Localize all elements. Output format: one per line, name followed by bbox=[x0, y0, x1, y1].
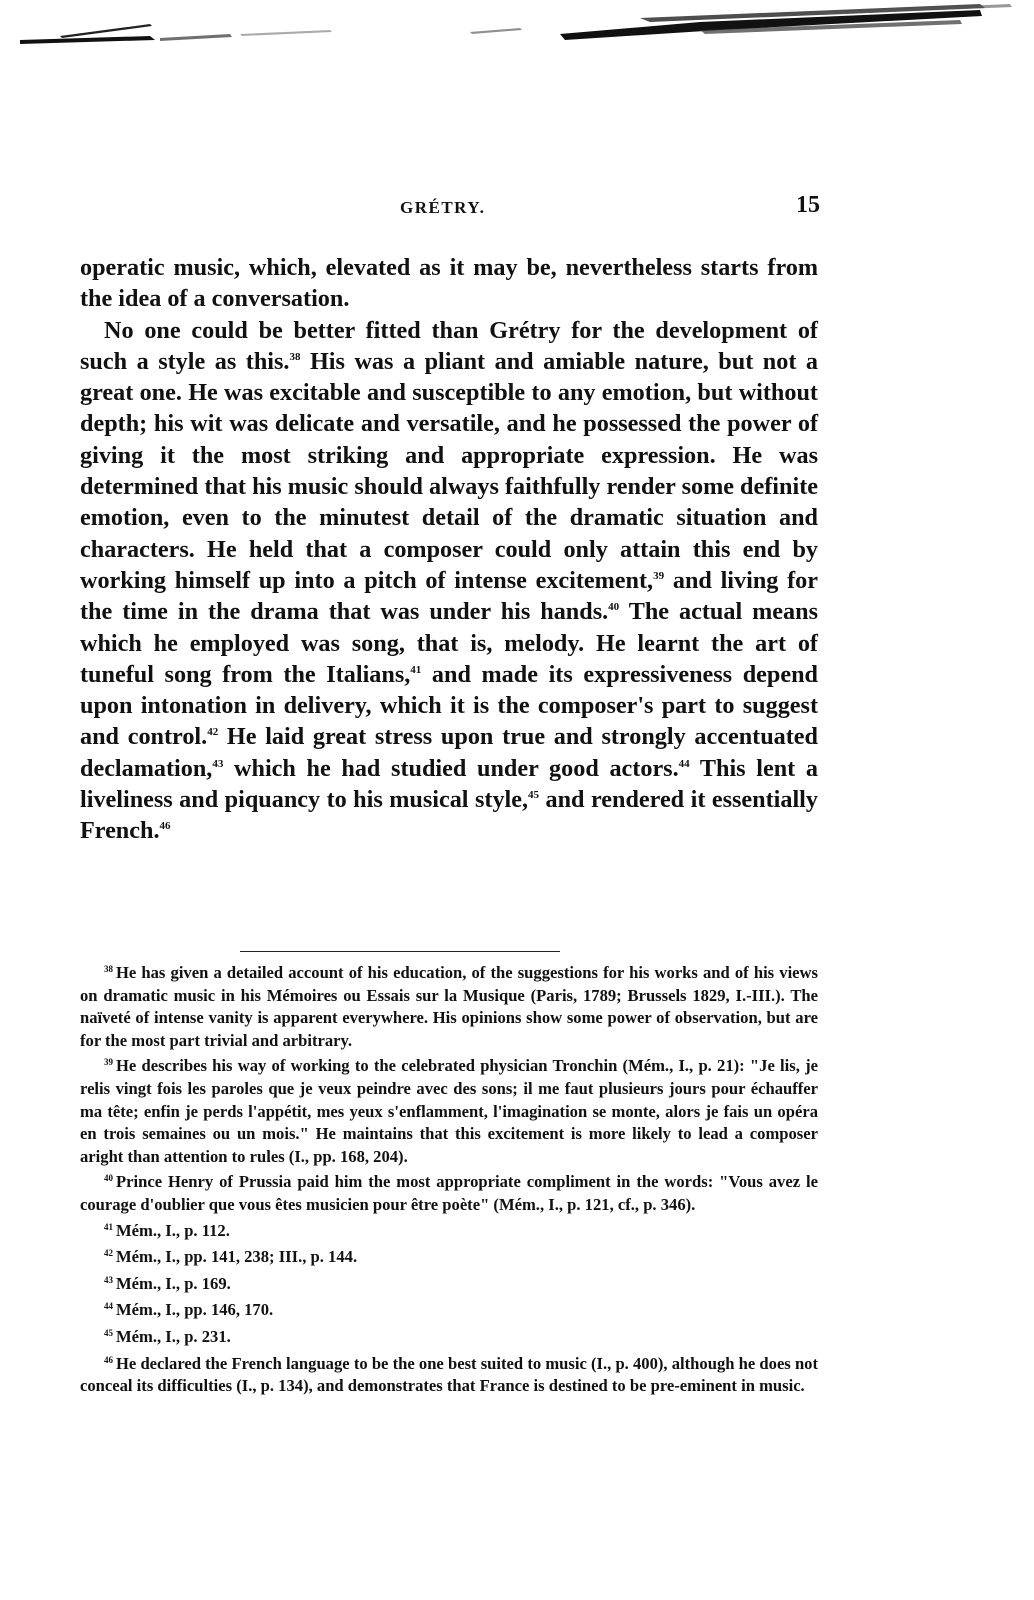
footnote-marker: 44 bbox=[104, 1301, 113, 1311]
footnote-text: Mém., I., p. 112. bbox=[116, 1221, 230, 1240]
footnote-marker: 38 bbox=[104, 964, 113, 974]
footnote-marker: 45 bbox=[104, 1328, 113, 1338]
footnote-39: 39He describes his way of working to the… bbox=[80, 1055, 818, 1168]
footnote-reference[interactable]: 43 bbox=[212, 758, 223, 770]
body-paragraph: No one could be better fitted than Grétr… bbox=[80, 315, 818, 847]
footnote-text: He describes his way of working to the c… bbox=[80, 1056, 818, 1165]
footnote-reference[interactable]: 46 bbox=[160, 820, 171, 832]
footnote-reference[interactable]: 40 bbox=[608, 601, 619, 613]
footnote-marker: 42 bbox=[104, 1248, 113, 1258]
body-text-run: which he had studied under good actors. bbox=[223, 755, 678, 782]
footnotes: 38He has given a detailed account of his… bbox=[80, 962, 818, 1401]
footnote-reference[interactable]: 39 bbox=[653, 570, 664, 582]
footnote-reference[interactable]: 42 bbox=[207, 726, 218, 738]
footnote-46: 46He declared the French language to be … bbox=[80, 1353, 818, 1398]
footnote-reference[interactable]: 44 bbox=[679, 758, 690, 770]
body-paragraph: operatic music, which, elevated as it ma… bbox=[80, 252, 818, 315]
footnote-marker: 46 bbox=[104, 1355, 113, 1365]
footnote-separator bbox=[240, 951, 560, 952]
footnote-reference[interactable]: 41 bbox=[410, 664, 421, 676]
running-head: GRÉTRY. 15 bbox=[80, 192, 820, 228]
body-text-run: His was a pliant and amiable nature, but… bbox=[80, 348, 818, 594]
footnote-text: Mém., I., pp. 146, 170. bbox=[116, 1300, 273, 1319]
footnote-reference[interactable]: 45 bbox=[528, 789, 539, 801]
footnote-marker: 43 bbox=[104, 1275, 113, 1285]
footnote-text: Mém., I., pp. 141, 238; III., p. 144. bbox=[116, 1247, 357, 1266]
scan-artifact bbox=[0, 0, 1034, 45]
footnote-marker: 41 bbox=[104, 1222, 113, 1232]
running-title: GRÉTRY. bbox=[400, 198, 485, 218]
footnote-38: 38He has given a detailed account of his… bbox=[80, 962, 818, 1052]
footnote-text: Mém., I., p. 231. bbox=[116, 1327, 231, 1346]
footnote-marker: 40 bbox=[104, 1173, 113, 1183]
footnote-text: He has given a detailed account of his e… bbox=[80, 963, 818, 1050]
footnote-text: Prince Henry of Prussia paid him the mos… bbox=[80, 1172, 818, 1214]
footnote-reference[interactable]: 38 bbox=[289, 351, 300, 363]
footnote-40: 40Prince Henry of Prussia paid him the m… bbox=[80, 1171, 818, 1216]
footnote-45: 45Mém., I., p. 231. bbox=[80, 1326, 818, 1349]
page-number: 15 bbox=[796, 192, 820, 219]
footnote-41: 41Mém., I., p. 112. bbox=[80, 1220, 818, 1243]
footnote-44: 44Mém., I., pp. 146, 170. bbox=[80, 1299, 818, 1322]
main-text: operatic music, which, elevated as it ma… bbox=[80, 252, 818, 847]
footnote-42: 42Mém., I., pp. 141, 238; III., p. 144. bbox=[80, 1246, 818, 1269]
footnote-43: 43Mém., I., p. 169. bbox=[80, 1273, 818, 1296]
body-text-run: operatic music, which, elevated as it ma… bbox=[80, 254, 818, 312]
footnote-text: He declared the French language to be th… bbox=[80, 1354, 818, 1396]
footnote-text: Mém., I., p. 169. bbox=[116, 1274, 231, 1293]
footnote-marker: 39 bbox=[104, 1057, 113, 1067]
